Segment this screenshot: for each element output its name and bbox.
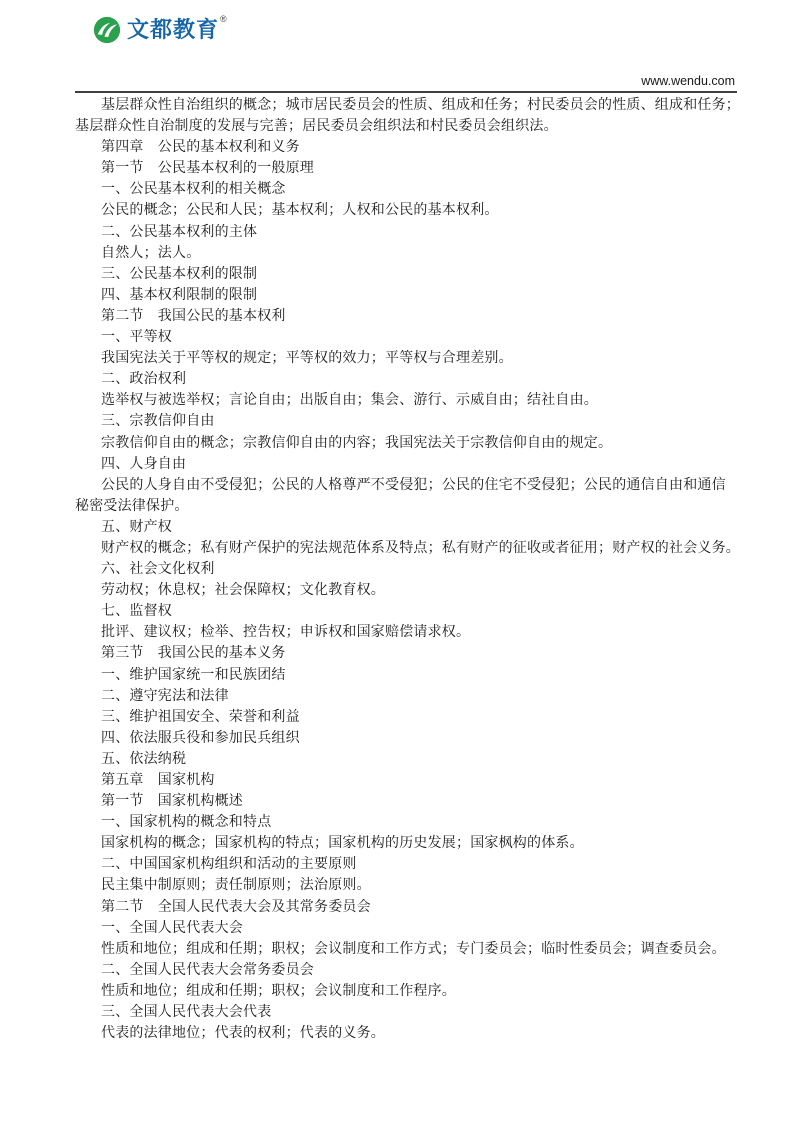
doc-line: 五、依法纳税 <box>75 749 737 770</box>
doc-line: 四、人身自由 <box>75 454 737 475</box>
doc-line: 自然人；法人。 <box>75 243 737 264</box>
doc-line: 国家机构的概念；国家机构的特点；国家机构的历史发展；国家枫构的体系。 <box>75 833 737 854</box>
doc-line: 批评、建议权；检举、控告权；申诉权和国家赔偿请求权。 <box>75 622 737 643</box>
doc-line: 四、基本权利限制的限制 <box>75 285 737 306</box>
doc-line: 秘密受法律保护。 <box>75 496 737 517</box>
doc-line: 财产权的概念；私有财产保护的宪法规范体系及特点；私有财产的征收或者征用；财产权的… <box>75 538 737 559</box>
document-page: 文都教育 ® www.wendu.com 基层群众性自治组织的概念；城市居民委员… <box>75 0 737 1122</box>
logo-text: 文都教育 <box>127 16 219 44</box>
doc-line: 宗教信仰自由的概念；宗教信仰自由的内容；我国宪法关于宗教信仰自由的规定。 <box>75 433 737 454</box>
doc-line: 二、公民基本权利的主体 <box>75 222 737 243</box>
doc-line: 二、中国国家机构组织和活动的主要原则 <box>75 854 737 875</box>
doc-line: 公民的概念；公民和人民；基本权利；人权和公民的基本权利。 <box>75 200 737 221</box>
doc-line: 第一节 公民基本权利的一般原理 <box>75 158 737 179</box>
doc-line: 我国宪法关于平等权的规定；平等权的效力；平等权与合理差别。 <box>75 348 737 369</box>
doc-line: 基层群众性自治组织的概念；城市居民委员会的性质、组成和任务；村民委员会的性质、组… <box>75 95 737 116</box>
doc-line: 第三节 我国公民的基本义务 <box>75 643 737 664</box>
doc-line: 第一节 国家机构概述 <box>75 791 737 812</box>
doc-line: 一、公民基本权利的相关概念 <box>75 179 737 200</box>
doc-line: 一、国家机构的概念和特点 <box>75 812 737 833</box>
doc-line: 第五章 国家机构 <box>75 770 737 791</box>
doc-line: 第二节 全国人民代表大会及其常务委员会 <box>75 897 737 918</box>
doc-line: 代表的法律地位；代表的权利；代表的义务。 <box>75 1023 737 1044</box>
doc-line: 二、遵守宪法和法律 <box>75 686 737 707</box>
doc-line: 五、财产权 <box>75 517 737 538</box>
wendu-leaf-icon <box>93 16 121 44</box>
doc-line: 二、全国人民代表大会常务委员会 <box>75 960 737 981</box>
document-body: 基层群众性自治组织的概念；城市居民委员会的性质、组成和任务；村民委员会的性质、组… <box>75 93 737 1044</box>
doc-line: 四、依法服兵役和参加民兵组织 <box>75 728 737 749</box>
doc-line: 第二节 我国公民的基本权利 <box>75 306 737 327</box>
doc-line: 选举权与被选举权；言论自由；出版自由；集会、游行、示威自由；结社自由。 <box>75 390 737 411</box>
doc-line: 基层群众性自治制度的发展与完善；居民委员会组织法和村民委员会组织法。 <box>75 116 737 137</box>
doc-line: 一、平等权 <box>75 327 737 348</box>
site-url: www.wendu.com <box>641 74 735 88</box>
doc-line: 三、宗教信仰自由 <box>75 411 737 432</box>
doc-line: 二、政治权利 <box>75 369 737 390</box>
doc-line: 三、公民基本权利的限制 <box>75 264 737 285</box>
logo: 文都教育 ® <box>93 14 227 44</box>
doc-line: 性质和地位；组成和任期；职权；会议制度和工作方式；专门委员会；临时性委员会；调查… <box>75 939 737 960</box>
doc-line: 一、维护国家统一和民族团结 <box>75 665 737 686</box>
doc-line: 公民的人身自由不受侵犯；公民的人格尊严不受侵犯；公民的住宅不受侵犯；公民的通信自… <box>75 475 737 496</box>
doc-line: 第四章 公民的基本权利和义务 <box>75 137 737 158</box>
doc-line: 六、社会文化权利 <box>75 559 737 580</box>
doc-line: 劳动权；休息权；社会保障权；文化教育权。 <box>75 580 737 601</box>
doc-line: 七、监督权 <box>75 601 737 622</box>
doc-line: 三、维护祖国安全、荣誉和利益 <box>75 707 737 728</box>
doc-line: 三、全国人民代表大会代表 <box>75 1002 737 1023</box>
registered-mark-icon: ® <box>220 15 227 24</box>
doc-line: 民主集中制原则；责任制原则；法治原则。 <box>75 875 737 896</box>
doc-line: 性质和地位；组成和任期；职权；会议制度和工作程序。 <box>75 981 737 1002</box>
doc-line: 一、全国人民代表大会 <box>75 918 737 939</box>
page-header: 文都教育 ® www.wendu.com <box>75 0 737 93</box>
